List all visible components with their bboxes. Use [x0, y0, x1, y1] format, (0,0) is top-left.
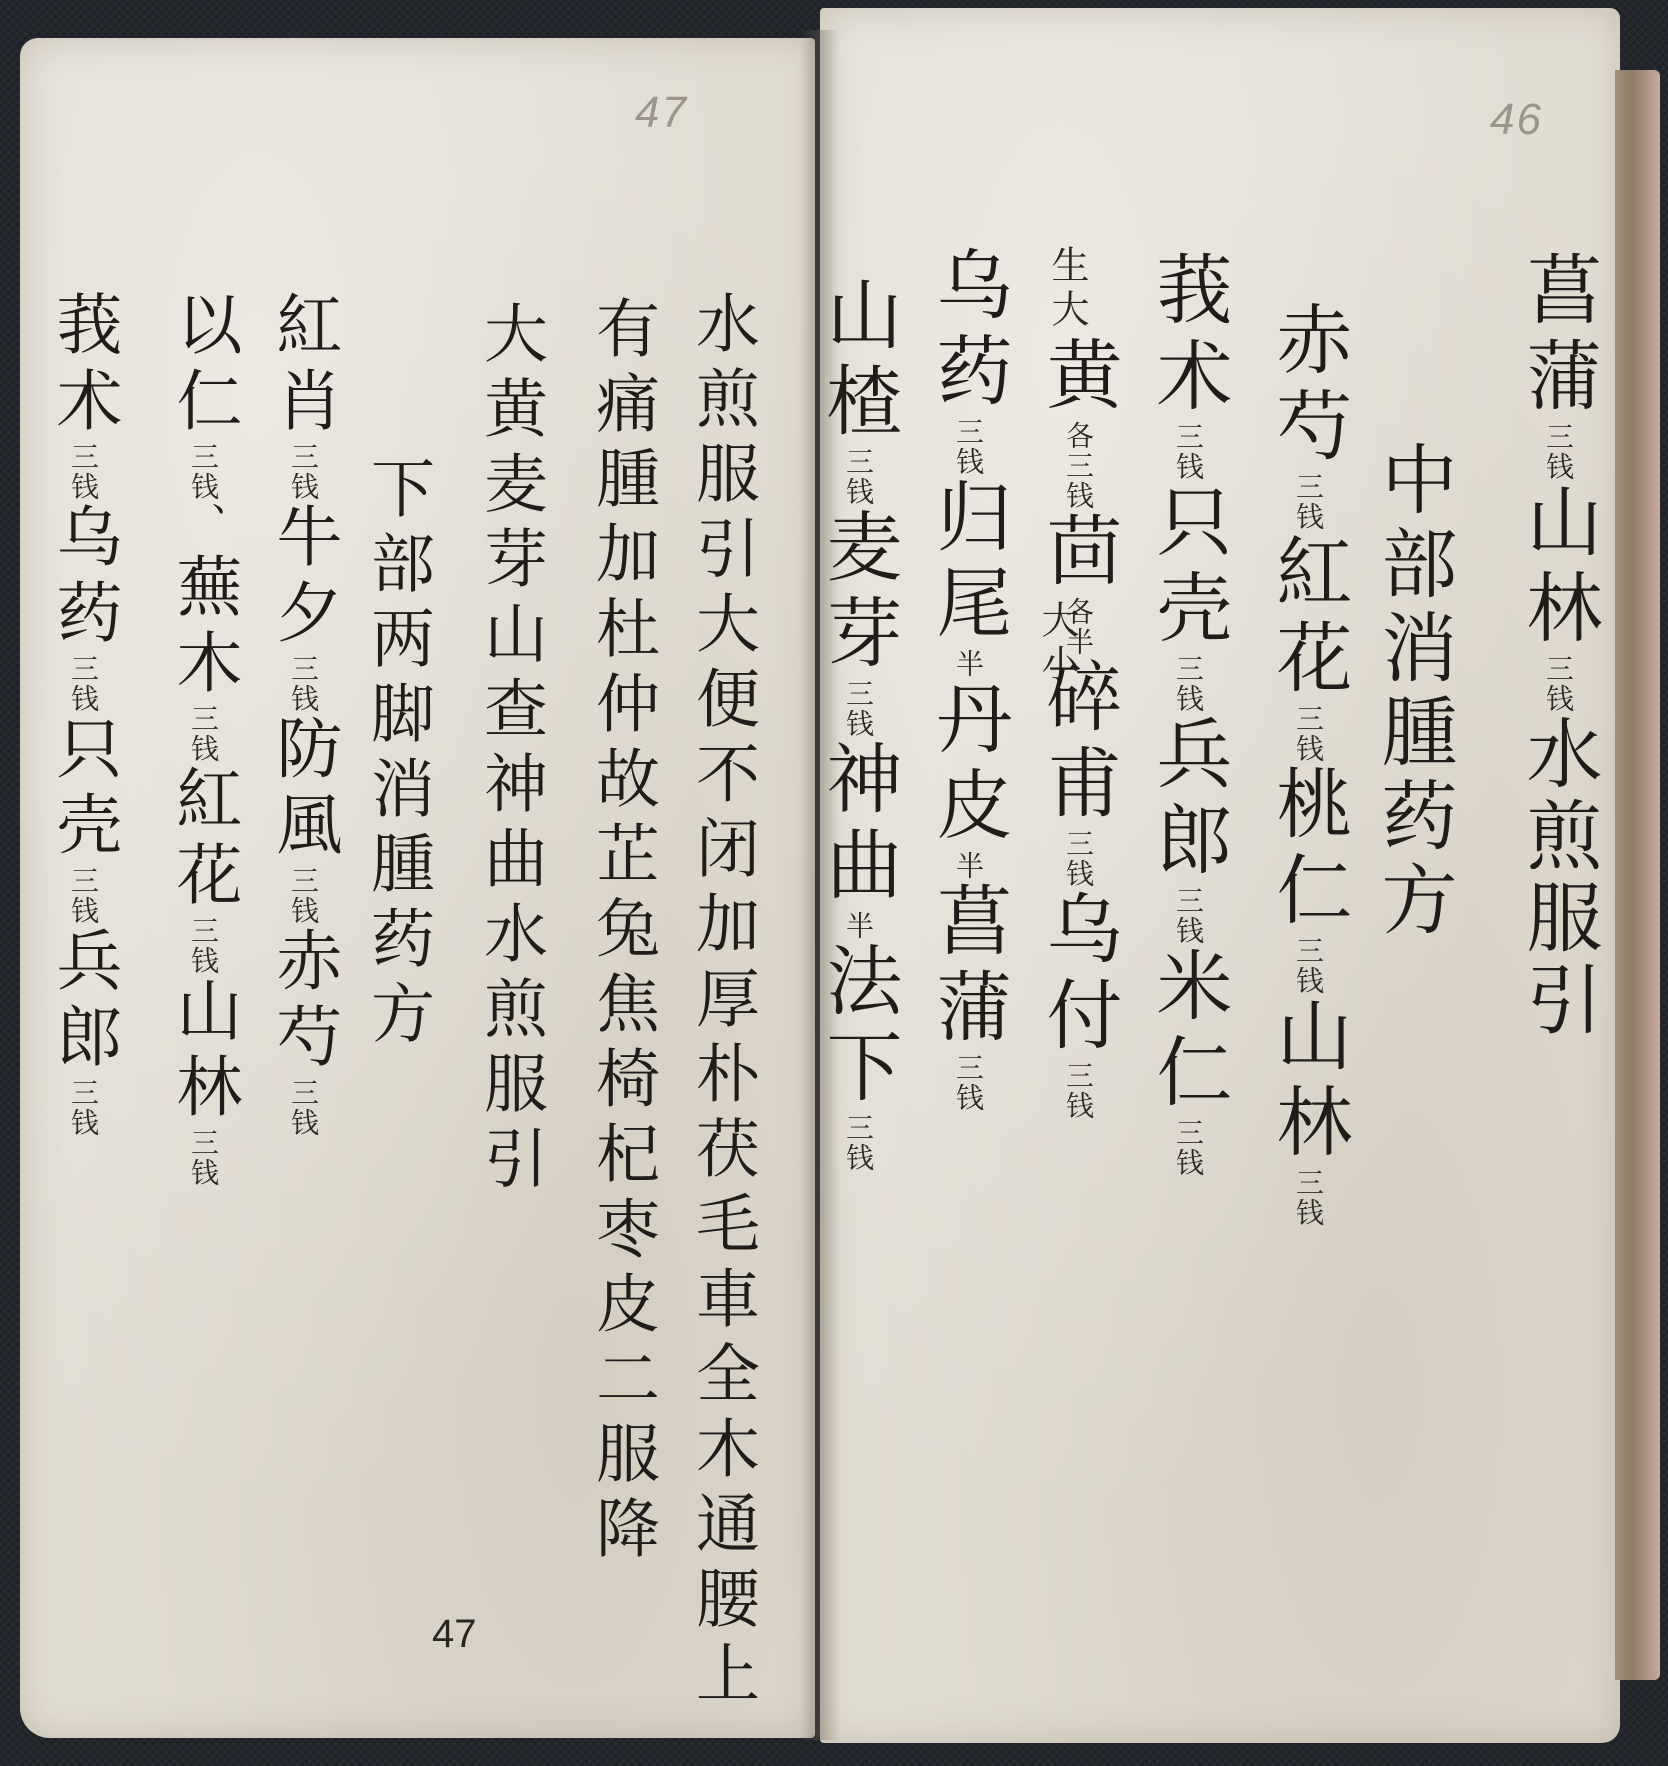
instruction: 水煎服引	[473, 900, 547, 1200]
dose: 半	[842, 911, 875, 941]
herb: 山林	[1264, 996, 1353, 1168]
dose: 三钱	[187, 916, 220, 976]
herb: 兵郎	[1144, 714, 1233, 886]
dose: 三钱	[1292, 1168, 1325, 1228]
dose: 三钱	[1292, 472, 1325, 532]
dose: 三钱	[1172, 886, 1205, 946]
dose: 三钱	[842, 1113, 875, 1173]
herb: 防風	[265, 714, 342, 866]
dose: 三钱	[1172, 654, 1205, 714]
dose: 三钱	[952, 1053, 985, 1113]
herb: 山林	[165, 976, 242, 1128]
herb: 神曲	[814, 739, 903, 911]
column-l2: 有痛腫加杜仲故芷兔焦椅杞枣皮二服降	[590, 295, 654, 1570]
herb: 菖蒲	[924, 881, 1013, 1053]
herb: 莪术	[45, 290, 122, 442]
herb: 碎甫	[1034, 657, 1123, 829]
herb: 乌药	[45, 502, 122, 654]
dose: 各三钱	[1062, 421, 1095, 511]
herb: 丹皮	[924, 679, 1013, 851]
dose: 三钱	[287, 1078, 320, 1138]
column-r6: 乌药三钱归尾半丹皮半菖蒲三钱	[930, 245, 1006, 1113]
herb: 紅花	[165, 764, 242, 916]
dose: 三钱	[187, 704, 220, 764]
herb: 紅肖	[265, 290, 342, 442]
dose: 三钱	[67, 866, 100, 926]
pencil-page-number-left: 47	[635, 88, 688, 138]
dose: 三钱	[287, 866, 320, 926]
instruction: 水煎服引	[1514, 714, 1603, 1042]
column-r2-heading: 中部消腫药方	[1375, 440, 1451, 944]
dose: 三钱	[1172, 422, 1205, 482]
column-l6: 以仁三钱、蕪木三钱紅花三钱山林三钱	[170, 290, 236, 1188]
herb: 莪术	[1144, 250, 1233, 422]
herb: 蕪木	[165, 552, 242, 704]
herb: 桃仁	[1264, 764, 1353, 936]
dose: 三钱	[67, 1078, 100, 1138]
text: 大黄麦芽山查神曲	[473, 300, 547, 900]
herb: 山林	[1514, 482, 1603, 654]
dose: 三钱	[67, 442, 100, 502]
dose: 三钱	[1292, 704, 1325, 764]
mark: 、	[180, 502, 226, 552]
ink-page-number: 47	[432, 1612, 477, 1657]
pencil-page-number-right: 46	[1490, 95, 1543, 145]
herb: 山楂	[814, 275, 903, 447]
dose: 三钱	[842, 447, 875, 507]
column-l7: 莪术三钱乌药三钱只壳三钱兵郎三钱	[50, 290, 116, 1138]
dose: 各半	[1062, 597, 1095, 657]
dose: 三钱	[287, 654, 320, 714]
herb: 兵郎	[45, 926, 122, 1078]
herb: 以仁	[165, 290, 242, 442]
dose: 三钱	[187, 1128, 220, 1188]
column-l3: 大黄麦芽山查神曲水煎服引	[478, 300, 542, 1200]
dose: 三钱	[1062, 829, 1095, 889]
dose: 三钱	[1292, 936, 1325, 996]
dose: 三钱	[287, 442, 320, 502]
column-r5: 黄各三钱茴各半碎甫三钱乌付三钱	[1040, 335, 1116, 1121]
herb: 归尾	[924, 477, 1013, 649]
dose: 三钱	[952, 417, 985, 477]
herb: 茴	[1034, 511, 1123, 597]
herb: 黄	[1034, 335, 1123, 421]
herb: 紅花	[1264, 532, 1353, 704]
page-edges	[1615, 70, 1660, 1680]
herb: 赤芍	[265, 926, 342, 1078]
column-l4-heading: 下部两脚消腫药方	[365, 455, 429, 1055]
herb: 法下	[814, 941, 903, 1113]
herb: 只壳	[1144, 482, 1233, 654]
column-r4: 莪术三钱只壳三钱兵郎三钱米仁三钱	[1150, 250, 1226, 1178]
herb: 乌药	[924, 245, 1013, 417]
herb: 赤芍	[1264, 300, 1353, 472]
dose: 三钱	[67, 654, 100, 714]
column-l5: 紅肖三钱牛夕三钱防風三钱赤芍三钱	[270, 290, 336, 1138]
herb: 麦芽	[814, 507, 903, 679]
dose: 三钱	[1172, 1118, 1205, 1178]
dose: 三钱	[1062, 1061, 1095, 1121]
herb: 牛夕	[265, 502, 342, 654]
herb: 菖蒲	[1514, 250, 1603, 422]
column-r1: 菖蒲三钱山林三钱水煎服引	[1520, 250, 1596, 1042]
herb: 米仁	[1144, 946, 1233, 1118]
annotation-sheng-da: 生大	[1040, 245, 1095, 333]
herb: 只壳	[45, 714, 122, 866]
column-r7: 山楂三钱麦芽三钱神曲半法下三钱	[820, 275, 896, 1173]
column-l1: 水煎服引大便不闭加厚朴茯毛車全木通腰上	[690, 290, 754, 1715]
column-r3: 赤芍三钱紅花三钱桃仁三钱山林三钱	[1270, 300, 1346, 1228]
dose: 半	[952, 851, 985, 881]
dose: 三钱	[187, 442, 220, 502]
dose: 三钱	[842, 679, 875, 739]
herb: 乌付	[1034, 889, 1123, 1061]
dose: 三钱	[1542, 422, 1575, 482]
dose: 三钱	[1542, 654, 1575, 714]
dose: 半	[952, 649, 985, 679]
